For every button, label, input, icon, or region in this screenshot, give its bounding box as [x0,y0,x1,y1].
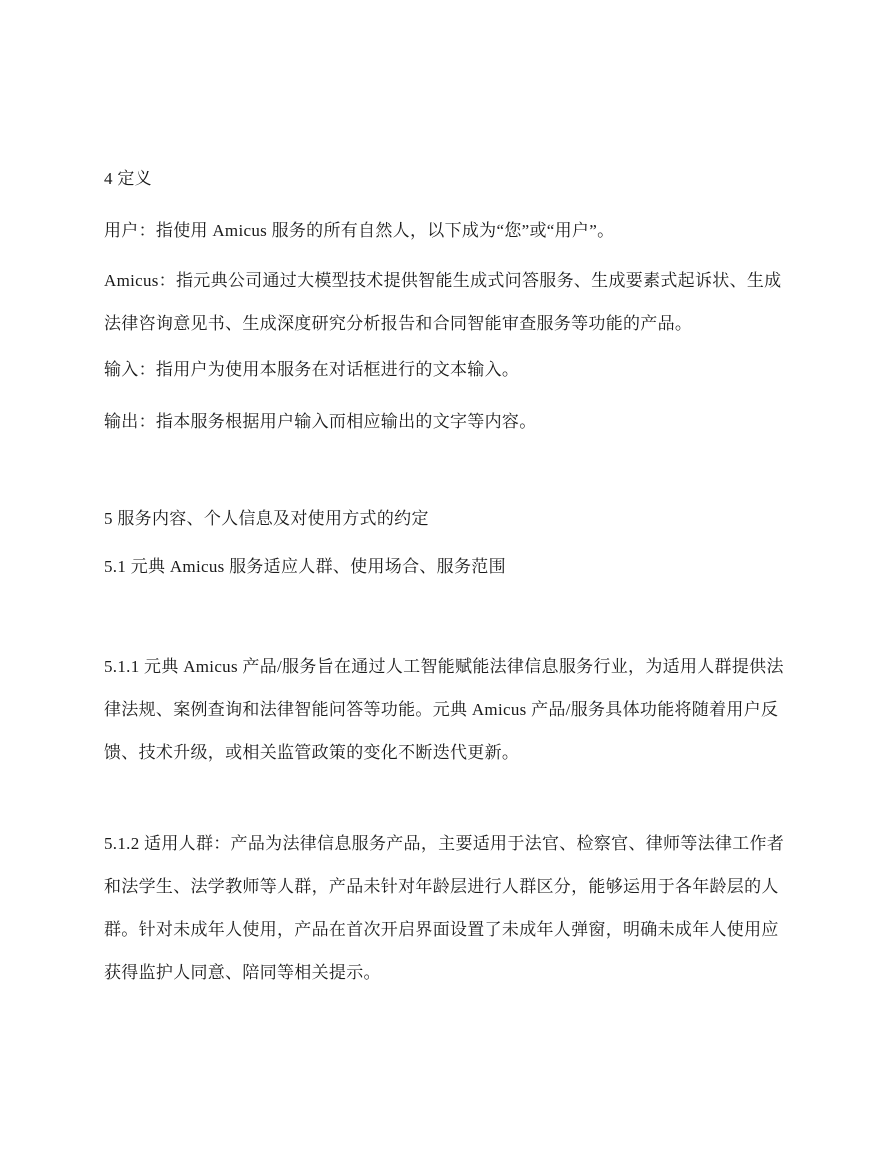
para-definition-amicus: Amicus：指元典公司通过大模型技术提供智能生成式问答服务、生成要素式起诉状、… [104,259,794,345]
para-definition-input: 输入：指用户为使用本服务在对话框进行的文本输入。 [104,348,794,391]
heading-5-service-content: 5 服务内容、个人信息及对使用方式的约定 [104,497,794,540]
heading-5-1-applicable-scope: 5.1 元典 Amicus 服务适应人群、使用场合、服务范围 [104,545,794,588]
para-5-1-1-product-purpose: 5.1.1 元典 Amicus 产品/服务旨在通过人工智能赋能法律信息服务行业，… [104,645,794,774]
para-definition-output: 输出：指本服务根据用户输入而相应输出的文字等内容。 [104,400,794,443]
para-definition-user: 用户：指使用 Amicus 服务的所有自然人，以下成为“您”或“用户”。 [104,209,794,252]
document-page: 4 定义 用户：指使用 Amicus 服务的所有自然人，以下成为“您”或“用户”… [0,0,892,1155]
heading-4-definitions: 4 定义 [104,157,794,200]
para-5-1-2-applicable-users: 5.1.2 适用人群：产品为法律信息服务产品，主要适用于法官、检察官、律师等法律… [104,822,794,994]
document-content: 4 定义 用户：指使用 Amicus 服务的所有自然人，以下成为“您”或“用户”… [104,157,794,994]
